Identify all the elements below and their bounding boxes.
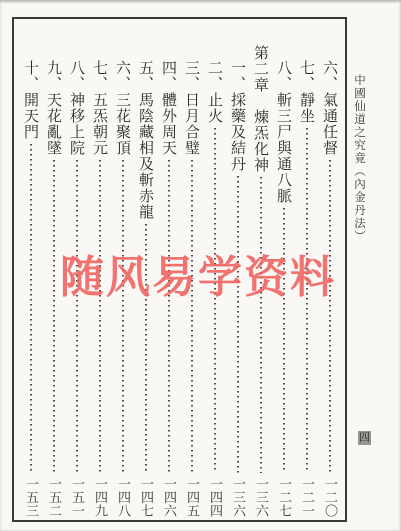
- dotted-leader: [53, 160, 55, 473]
- dotted-leader: [99, 160, 101, 473]
- toc-entry-page-number: 一三六: [229, 477, 246, 518]
- dotted-leader: [260, 177, 262, 473]
- toc-entry-page-number: 一二〇: [321, 477, 338, 518]
- toc-entry-page-number: 一二一: [298, 477, 315, 518]
- dotted-leader: [30, 144, 32, 473]
- toc-entry-label: 九、天花亂墜: [45, 60, 62, 156]
- toc-entry-page-number: 一四七: [137, 477, 154, 518]
- book-title-margin: 中國仙道之究竟（內金丹法）: [352, 74, 368, 243]
- toc-entry-label: 二、止火: [206, 60, 223, 124]
- toc-entry-label: 一、採藥及結丹: [229, 60, 246, 172]
- scanned-book-page: 六、氣通任督 一二〇 七、靜坐 一二一 八、斬三尸與通八脈 一二七 第二章 煉炁…: [0, 0, 401, 531]
- toc-entry-label: 六、氣通任督: [321, 60, 338, 156]
- dotted-leader: [76, 160, 78, 473]
- dotted-leader: [122, 160, 124, 473]
- dotted-leader: [237, 176, 239, 473]
- folio-number: 四: [358, 431, 371, 445]
- toc-entry-label: 八、神移上院: [68, 60, 85, 156]
- toc-entry-page-number: 一五一: [68, 477, 85, 518]
- watermark-text: 随风易学资料: [60, 241, 336, 305]
- toc-entry-label: 三、日月合璧: [183, 60, 200, 156]
- toc-entry-label: 六、三花聚頂: [114, 60, 131, 156]
- toc-entry-label: 七、靜坐: [298, 60, 315, 124]
- toc-entry-label: 五、馬陰藏相及斬赤龍: [137, 60, 154, 220]
- toc-entry-page-number: 一三六: [252, 477, 269, 518]
- toc-entry: 十、開天門 一五三: [22, 60, 39, 517]
- toc-entry-page-number: 一五三: [22, 477, 39, 518]
- toc-entry-label: 八、斬三尸與通八脈: [275, 60, 292, 204]
- dotted-leader: [329, 160, 331, 473]
- toc-entry-page-number: 一四八: [114, 477, 131, 518]
- dotted-leader: [191, 160, 193, 473]
- dotted-leader: [168, 160, 170, 473]
- toc-entry-page-number: 一四四: [206, 477, 223, 518]
- toc-entry-label: 七、五炁朝元: [91, 60, 108, 156]
- toc-entry-page-number: 一四五: [183, 477, 200, 518]
- toc-entry-label: 十、開天門: [22, 60, 39, 140]
- toc-entry-label: 第二章 煉炁化神: [252, 45, 269, 173]
- toc-entry-page-number: 一四九: [91, 477, 108, 518]
- toc-entry-page-number: 一四六: [160, 477, 177, 518]
- toc-entry-page-number: 一五二: [45, 477, 62, 518]
- toc-entry-label: 四、體外周天: [160, 60, 177, 156]
- toc-entry-page-number: 一二七: [275, 477, 292, 518]
